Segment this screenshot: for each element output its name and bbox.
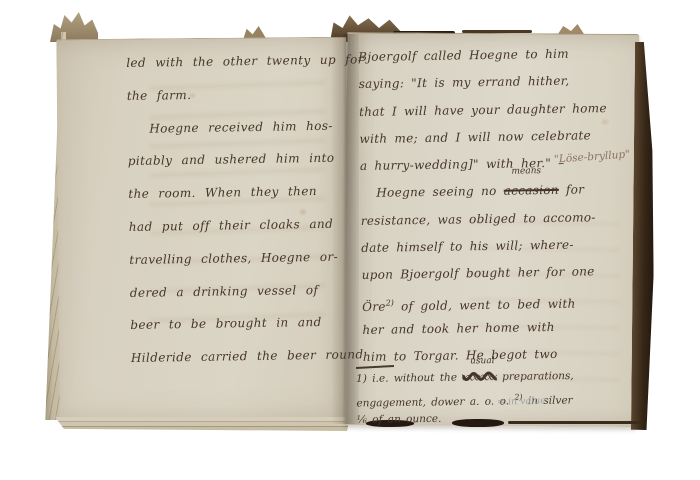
handwritten-line: that I will have your daughter home — [359, 95, 607, 126]
handwritten-line: date himself to his will; where- — [361, 231, 609, 262]
inserted-word: means — [511, 168, 541, 177]
book-fore-edge — [631, 42, 656, 430]
handwritten-line: her and took her home with — [362, 313, 610, 344]
pencil-annotation: = in value — [497, 395, 546, 408]
handwritten-line: Hoegne received him hos- — [127, 109, 365, 146]
torn-paper-remnant — [50, 12, 98, 42]
photo-canvas: led with the other twenty up for the far… — [0, 0, 700, 480]
line-text: 1) i.e. without the — [356, 372, 462, 385]
footnote-line: 1) i.e. without the xxxxxxxusual prepara… — [356, 366, 574, 390]
line-text: preparations, — [497, 370, 574, 383]
handwritten-line: with me; and I will now celebrate — [359, 122, 607, 153]
correction: accasionmeans — [504, 177, 560, 205]
line-text: for — [559, 183, 585, 197]
line-text: Öre — [362, 299, 386, 313]
handwritten-line: upon Bjoergolf bought her for one — [361, 258, 609, 289]
line-text: engagement, dower a. o. o. — [356, 395, 514, 409]
handwritten-line: dered a drinking vessel of — [130, 273, 368, 310]
right-page-text: Bjoergolf called Hoegne to him saying: "… — [358, 40, 611, 371]
scribbled-out-word: xxxxxxx — [462, 371, 497, 383]
handwritten-line: resistance, was obliged to accomo- — [361, 204, 609, 235]
handwritten-line-with-ref: Öre2) of gold, went to bed with — [362, 286, 610, 317]
handwritten-line: the room. When they then — [128, 174, 366, 211]
correction: xxxxxxxusual — [462, 367, 497, 388]
handwritten-line: beer to be brought in and — [130, 306, 368, 343]
handwritten-line: the farm. — [127, 76, 365, 113]
page-stack-edge-bottom — [52, 417, 350, 431]
struck-word: accasion — [504, 183, 559, 198]
footnote-line: ⅙ of an ounce. — [357, 407, 575, 431]
handwritten-line: saying: "It is my errand hither, — [358, 67, 606, 98]
line-text: of gold, went to bed with — [394, 296, 576, 313]
footnote-reference: 2) — [386, 298, 394, 307]
inserted-word: usual — [470, 357, 495, 366]
handwritten-line: pitably and ushered him into — [128, 142, 366, 179]
handwritten-line: had put off their cloaks and — [129, 207, 367, 244]
handwritten-line-with-correction: Hoegne seeing no accasionmeans for — [360, 177, 608, 208]
handwritten-line: Bjoergolf called Hoegne to him — [358, 40, 606, 71]
handwritten-line: led with the other twenty up for — [126, 43, 364, 80]
handwritten-line: travelling clothes, Hoegne or- — [129, 240, 367, 277]
line-text: Hoegne seeing no — [376, 184, 504, 200]
left-page-text: led with the other twenty up for the far… — [126, 43, 369, 375]
handwritten-line: Hilderide carried the beer round — [131, 338, 369, 375]
